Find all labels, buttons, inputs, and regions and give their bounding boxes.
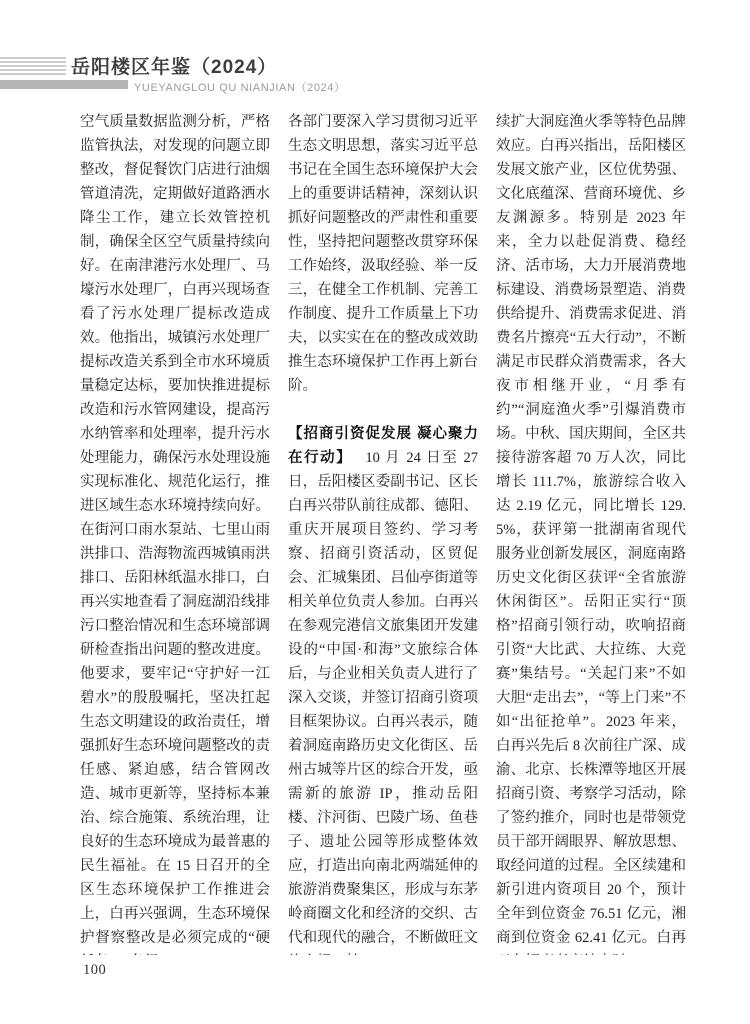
- yearbook-page: 岳阳楼区年鉴（2024） YUEYANGLOU QU NIANJIAN（2024…: [0, 0, 750, 1024]
- entry-body: 10 月 24 日至 27 日，岳阳楼区委副书记、区长白再兴带队前往成都、德阳、…: [288, 450, 478, 955]
- entry-paragraph: 【招商引资促发展 凝心聚力在行动】10 月 24 日至 27 日，岳阳楼区委副书…: [288, 422, 478, 955]
- body-paragraph: 空气质量数据监测分析，严格监管执法，对发现的问题立即整改，督促餐饮门店进行油烟管…: [80, 110, 270, 955]
- text-column-2: 各部门要深入学习贯彻习近平生态文明思想，落实习近平总书记在全国生态环境保护大会上…: [288, 110, 478, 955]
- body-paragraph: 续扩大洞庭渔火季等特色品牌效应。白再兴指出，岳阳楼区发展文旅产业，区位优势强、文…: [496, 110, 686, 955]
- text-column-1: 空气质量数据监测分析，严格监管执法，对发现的问题立即整改，督促餐饮门店进行油烟管…: [80, 110, 270, 955]
- page-subtitle: YUEYANGLOU QU NIANJIAN（2024）: [134, 79, 346, 95]
- text-column-3: 续扩大洞庭渔火季等特色品牌效应。白再兴指出，岳阳楼区发展文旅产业，区位优势强、文…: [496, 110, 686, 955]
- body-paragraph: 各部门要深入学习贯彻习近平生态文明思想，落实习近平总书记在全国生态环境保护大会上…: [288, 110, 478, 398]
- page-title: 岳阳楼区年鉴（2024）: [71, 52, 277, 79]
- header-stripes-decoration: [0, 57, 66, 75]
- article-columns: 空气质量数据监测分析，严格监管执法，对发现的问题立即整改，督促餐饮门店进行油烟管…: [80, 110, 686, 955]
- page-number: 100: [83, 962, 106, 979]
- header-accent-bar: [0, 80, 128, 89]
